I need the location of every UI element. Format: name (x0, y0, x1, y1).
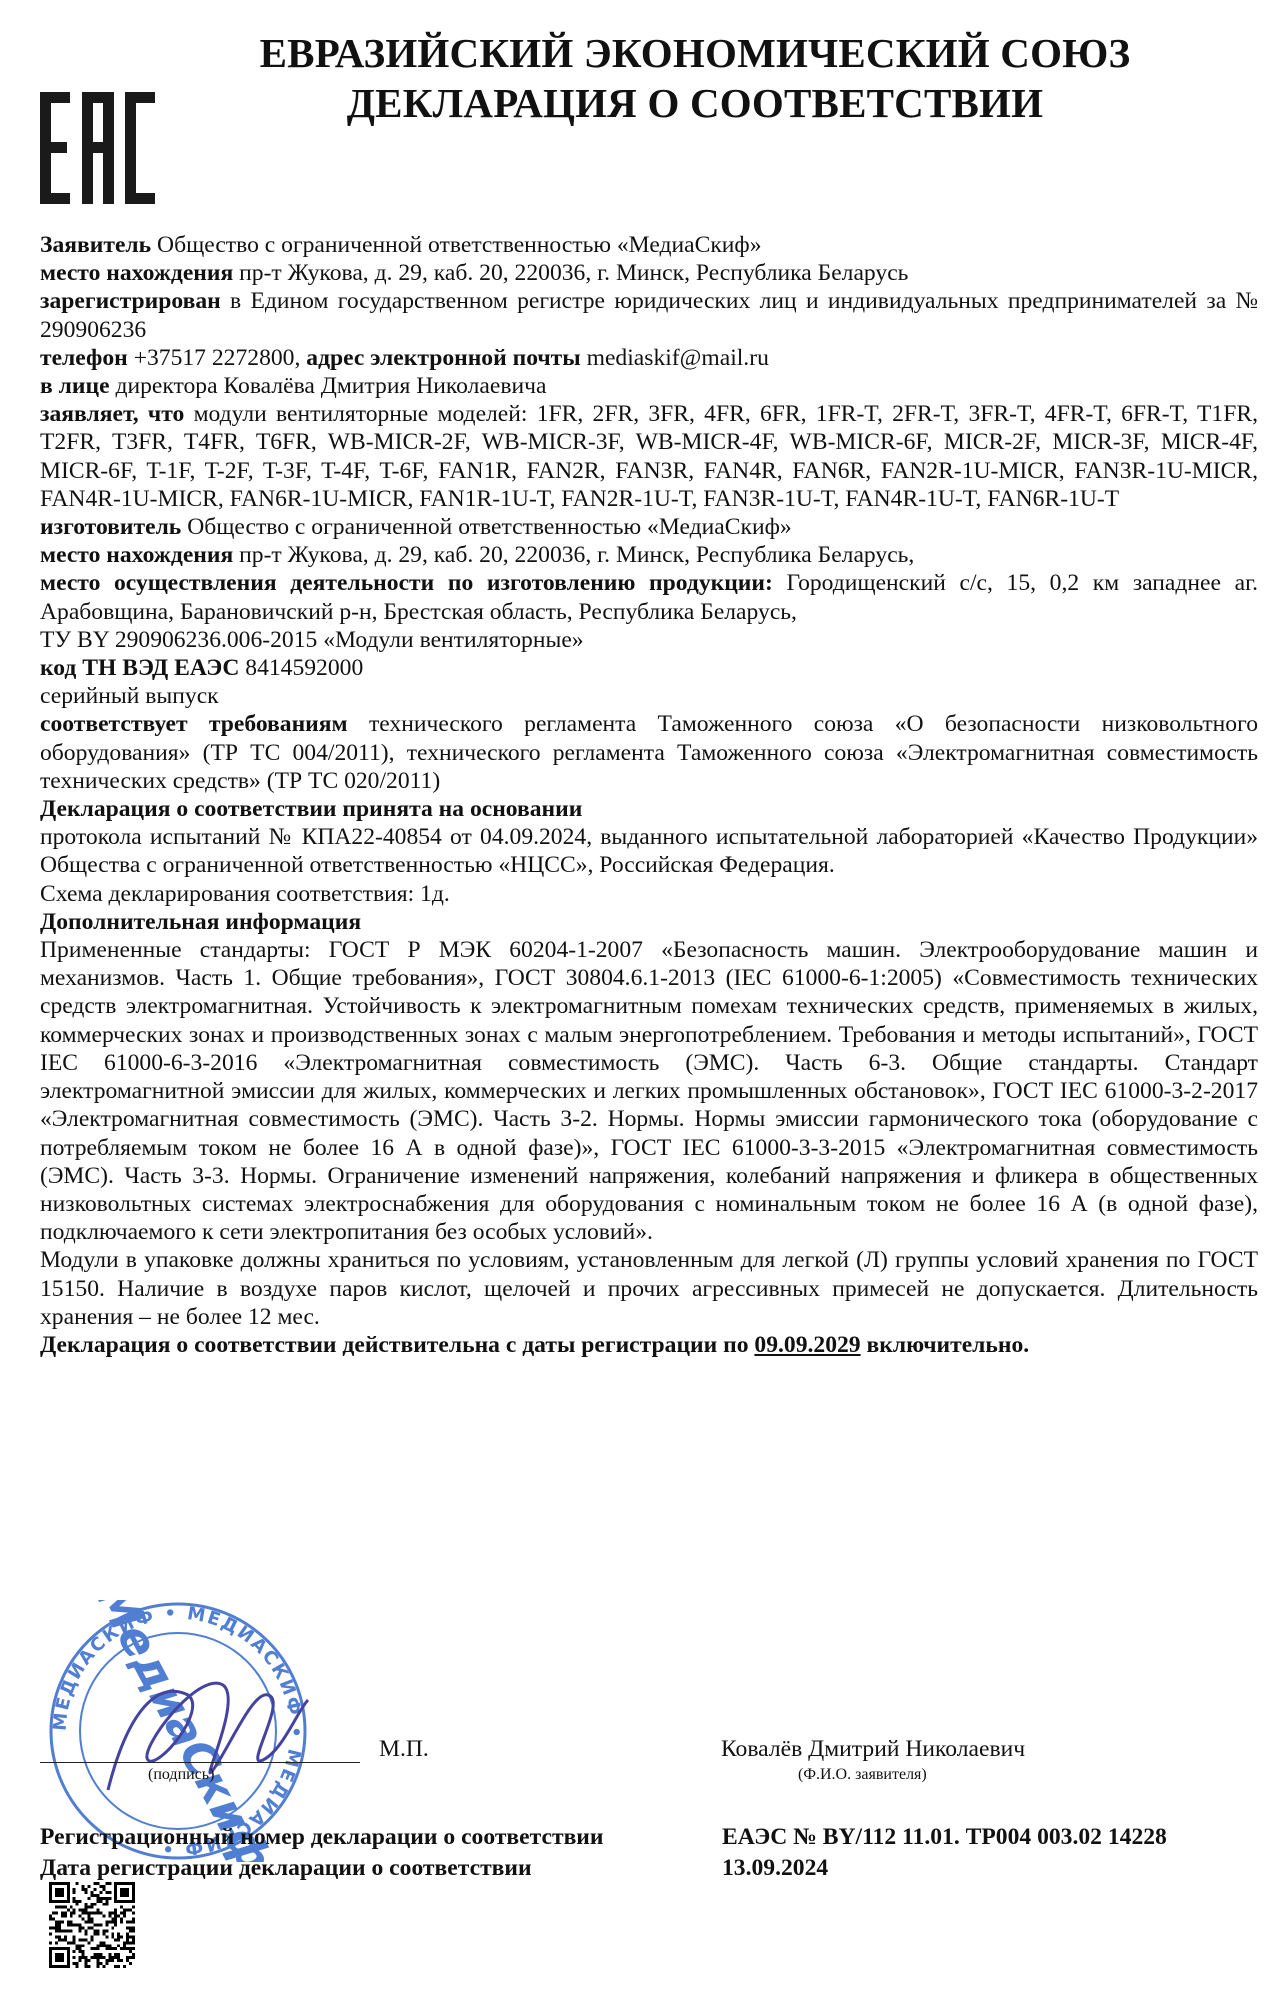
declaration-body: Заявитель Общество с ограниченной ответс… (40, 231, 1258, 1359)
phone-label: телефон (40, 345, 128, 371)
code-label-prefix: код (40, 655, 76, 681)
validity-prefix: Декларация о соответствии действительна … (40, 1332, 749, 1358)
applicant-address-label: место нахождения (40, 260, 233, 286)
registration-date-row: Дата регистрации декларации о соответств… (40, 1853, 1260, 1884)
registered-row: зарегистрирован в Едином государственном… (40, 287, 1258, 343)
validity-suffix: включительно. (867, 1332, 1030, 1358)
document-title: ЕВРАЗИЙСКИЙ ЭКОНОМИЧЕСКИЙ СОЮЗ ДЕКЛАРАЦИ… (190, 28, 1200, 128)
registration-number-row: Регистрационный номер декларации о соотв… (40, 1822, 1260, 1853)
applicant-label: Заявитель (40, 232, 151, 258)
applicant-address-row: место нахождения пр-т Жукова, д. 29, каб… (40, 259, 1258, 287)
storage-text: Модули в упаковке должны храниться по ус… (40, 1246, 1258, 1331)
registration-number-label: Регистрационный номер декларации о соотв… (40, 1822, 604, 1853)
spec-row: ТУ BY 290906236.006-2015 «Модули вентиля… (40, 626, 1258, 654)
additional-heading-text: Дополнительная информация (40, 909, 361, 935)
manufacturer-address-row: место нахождения пр-т Жукова, д. 29, каб… (40, 541, 1258, 569)
compliance-label: соответствует требованиям (40, 711, 348, 737)
compliance-row: соответствует требованиям технического р… (40, 710, 1258, 795)
standards-text: Примененные стандарты: ГОСТ Р МЭК 60204-… (40, 936, 1258, 1246)
scheme-row: Схема декларирования соответствия: 1д. (40, 880, 1258, 908)
applicant-name-caption: (Ф.И.О. заявителя) (798, 1766, 927, 1784)
manufacturer-label: изготовитель (40, 514, 181, 540)
signature-line (40, 1762, 360, 1763)
registered-label: зарегистрирован (40, 288, 221, 314)
basis-text: протокола испытаний № КПА22-40854 от 04.… (40, 823, 1258, 879)
applicant-name: Ковалёв Дмитрий Николаевич (721, 1736, 1025, 1763)
applicant-address: пр-т Жукова, д. 29, каб. 20, 220036, г. … (239, 260, 908, 286)
qr-code-icon[interactable] (40, 1882, 144, 1968)
basis-heading-text: Декларация о соответствии принята на осн… (40, 796, 582, 822)
registered-value: в Едином государственном регистре юридич… (40, 288, 1258, 342)
person-label: в лице (40, 373, 110, 399)
title-declaration: ДЕКЛАРАЦИЯ О СООТВЕТСТВИИ (190, 78, 1200, 128)
signature-row: (подпись) М.П. Ковалёв Дмитрий Николаеви… (40, 1732, 1260, 1792)
basis-heading: Декларация о соответствии принята на осн… (40, 795, 1258, 823)
manufacturer-row: изготовитель Общество с ограниченной отв… (40, 513, 1258, 541)
title-union: ЕВРАЗИЙСКИЙ ЭКОНОМИЧЕСКИЙ СОЮЗ (190, 28, 1200, 78)
validity-row: Декларация о соответствии действительна … (40, 1331, 1258, 1359)
stamp-place-label: М.П. (379, 1736, 429, 1763)
manufacturer-value: Общество с ограниченной ответственностью… (187, 514, 791, 540)
registration-block: Регистрационный номер декларации о соотв… (40, 1822, 1260, 1884)
series-row: серийный выпуск (40, 682, 1258, 710)
email-label: адрес электронной почты (306, 345, 580, 371)
declares-intro: модули вентиляторные моделей: (194, 401, 528, 427)
production-site-row: место осуществления деятельности по изго… (40, 569, 1258, 625)
production-site-label: место осуществления деятельности по изго… (40, 570, 773, 596)
manufacturer-address: пр-т Жукова, д. 29, каб. 20, 220036, г. … (239, 542, 914, 568)
applicant-row: Заявитель Общество с ограниченной ответс… (40, 231, 1258, 259)
manufacturer-address-label: место нахождения (40, 542, 233, 568)
code-row: код ТН ВЭД ЕАЭС 8414592000 (40, 654, 1258, 682)
code-value: 8414592000 (245, 655, 363, 681)
phone-value: +37517 2272800, (134, 345, 301, 371)
registration-number: ЕАЭС № BY/112 11.01. ТР004 003.02 14228 (722, 1822, 1167, 1853)
validity-date: 09.09.2029 (754, 1332, 860, 1358)
applicant-value: Общество с ограниченной ответственностью… (157, 232, 761, 258)
declares-label: заявляет, что (40, 401, 184, 427)
declares-row: заявляет, что модули вентиляторные модел… (40, 400, 1258, 513)
signature-caption: (подпись) (148, 1766, 214, 1784)
registration-date-label: Дата регистрации декларации о соответств… (40, 1853, 532, 1884)
eac-logo-icon (40, 92, 158, 204)
person-value: директора Ковалёва Дмитрия Николаевича (115, 373, 546, 399)
registration-date: 13.09.2024 (722, 1853, 828, 1884)
code-label: ТН ВЭД ЕАЭС (82, 655, 239, 681)
additional-heading: Дополнительная информация (40, 908, 1258, 936)
email-link[interactable]: mediaskif@mail.ru (587, 345, 769, 371)
contacts-row: телефон +37517 2272800, адрес электронно… (40, 344, 1258, 372)
person-row: в лице директора Ковалёва Дмитрия Никола… (40, 372, 1258, 400)
